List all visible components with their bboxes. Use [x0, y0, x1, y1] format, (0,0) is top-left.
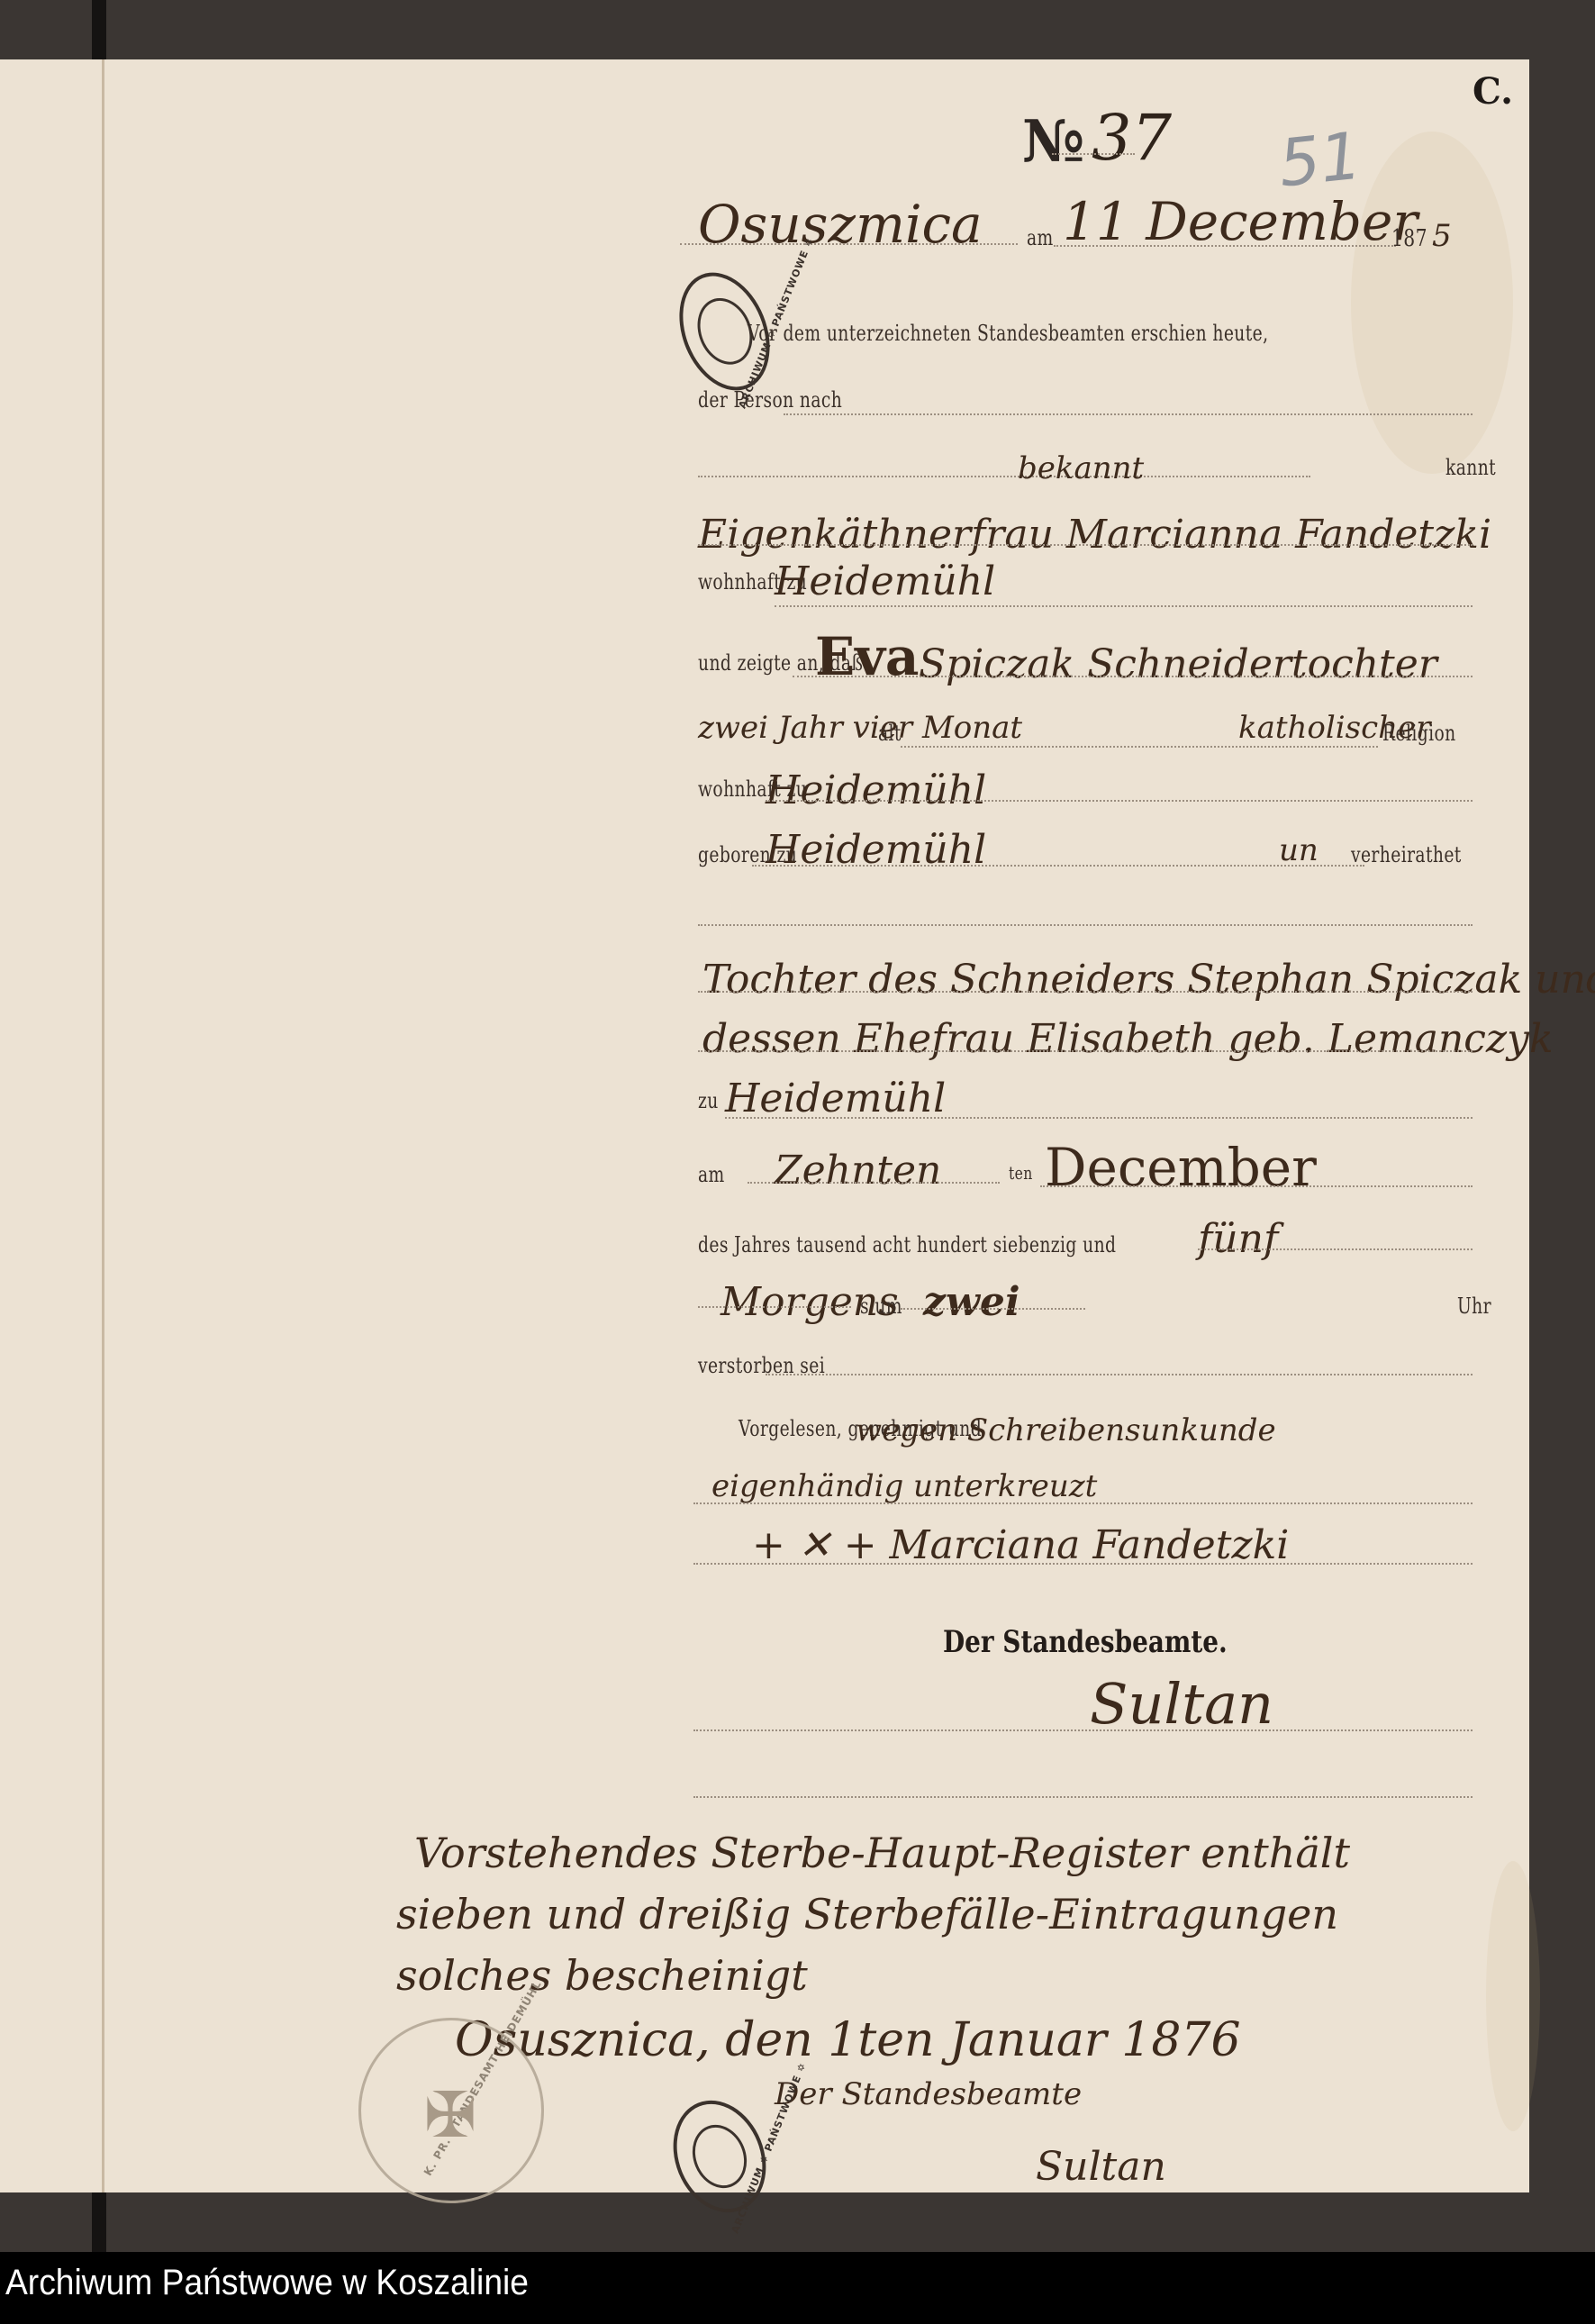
parents-residence-label: zu — [698, 1088, 719, 1113]
read-line-2: eigenhändig unterkreuzt — [711, 1468, 1097, 1504]
death-day-rule — [748, 1182, 1000, 1184]
known-handwritten: bekannt — [1018, 450, 1144, 486]
parents-rule-2 — [698, 1050, 1473, 1052]
intro-text: Vor dem unterzeichneten Standesbeamten e… — [748, 321, 1268, 346]
person-label: der Person nach — [698, 387, 842, 413]
married-label: verheirathet — [1351, 842, 1462, 867]
book-spine-bottom — [92, 2192, 106, 2252]
paper-stain — [1351, 132, 1513, 474]
closing-signature: Sultan — [1036, 2144, 1166, 2190]
death-day-suffix: ten — [1009, 1162, 1033, 1184]
time-of-day-rule — [698, 1306, 851, 1308]
eagle-emblem-icon: ✠ — [414, 2070, 486, 2160]
closing-official: Der Standesbeamte — [775, 2076, 1082, 2112]
parents-rule-1 — [698, 991, 1473, 993]
age-suffix: alt — [878, 721, 902, 746]
hour-label: Uhr — [1457, 1294, 1491, 1319]
read-rule-2 — [693, 1502, 1473, 1504]
year-word-rule — [1198, 1248, 1473, 1250]
parents-residence: Heidemühl — [725, 1076, 946, 1121]
blank-rule — [698, 924, 1473, 926]
religion-label: Religion — [1382, 721, 1456, 746]
official-signature: Sultan — [1090, 1671, 1273, 1737]
died-rule — [766, 1374, 1473, 1375]
deceased-residence: Heidemühl — [766, 767, 986, 813]
deceased-rule — [793, 676, 1473, 677]
informant-rule — [698, 544, 1473, 546]
birthplace-rule — [752, 865, 1364, 867]
year-printed: 187 — [1391, 225, 1427, 252]
signature-rule — [693, 1563, 1473, 1565]
place-name: Osuszmica — [698, 194, 983, 255]
deceased-first-name: Eva — [815, 626, 920, 687]
read-handwritten: wegen Schreibensunkunde — [856, 1412, 1276, 1448]
deceased-age: zwei Jahr vier Monat — [698, 710, 1022, 746]
death-month-rule — [1040, 1185, 1473, 1187]
death-month: December — [1045, 1137, 1317, 1198]
year-word: fünf — [1198, 1216, 1278, 1262]
archive-caption: Archiwum Państwowe w Koszalinie — [5, 2263, 529, 2303]
known-rule — [698, 476, 1310, 477]
closing-line-1: Vorstehendes Sterbe-Haupt-Register enthä… — [414, 1829, 1350, 1877]
hour-rule — [901, 1308, 1085, 1310]
residence-rule — [775, 605, 1473, 607]
informant-residence: Heidemühl — [775, 558, 995, 604]
pencil-page-number: 51 — [1275, 117, 1365, 201]
hour-value: zwei — [923, 1279, 1020, 1325]
deceased-surname: Spiczak Schneidertochter — [919, 641, 1437, 687]
year-label: des Jahres tausend acht hundert siebenzi… — [698, 1232, 1116, 1257]
closing-line-2: sieben und dreißig Sterbefälle-Eintragun… — [396, 1890, 1338, 1938]
official-rule-1 — [693, 1729, 1473, 1731]
person-rule — [784, 413, 1473, 415]
date-rule — [1054, 245, 1396, 247]
paper-stain — [1486, 1861, 1540, 2131]
official-heading: Der Standesbeamte. — [943, 1624, 1228, 1660]
official-rule-2 — [693, 1796, 1473, 1798]
deceased-residence-rule — [766, 800, 1473, 802]
closing-line-3: solches bescheinigt — [396, 1951, 808, 2000]
parents-residence-rule — [725, 1117, 1473, 1119]
death-day: Zehnten — [775, 1148, 941, 1194]
book-spine-top — [92, 0, 106, 59]
known-printed: kannt — [1445, 455, 1496, 480]
record-number: 37 — [1092, 101, 1172, 175]
death-day-label: am — [698, 1162, 725, 1187]
number-rule — [1052, 153, 1135, 155]
record-number-label: № — [1022, 108, 1085, 176]
place-rule — [680, 243, 1018, 245]
parents-line-2: dessen Ehefrau Elisabeth geb. Lemanczyk — [702, 1016, 1554, 1062]
date-day-month: 11 December — [1063, 191, 1418, 252]
time-label: s um — [860, 1294, 902, 1319]
form-letter: C. — [1473, 70, 1513, 113]
informant-signature: + ✕ + Marciana Fandetzki — [752, 1522, 1289, 1568]
religion-rule — [901, 746, 1378, 748]
informant-name: Eigenkäthnerfrau Marcianna Fandetzki — [698, 512, 1491, 558]
closing-place-date: Osusznica, den 1ten Januar 1876 — [455, 2013, 1241, 2067]
date-prefix: am — [1027, 225, 1054, 250]
page-fold — [102, 59, 104, 2192]
married-handwritten: un — [1279, 832, 1319, 868]
parents-line-1: Tochter des Schneiders Stephan Spiczak u… — [702, 957, 1595, 1003]
year-handwritten: 5 — [1432, 218, 1452, 254]
